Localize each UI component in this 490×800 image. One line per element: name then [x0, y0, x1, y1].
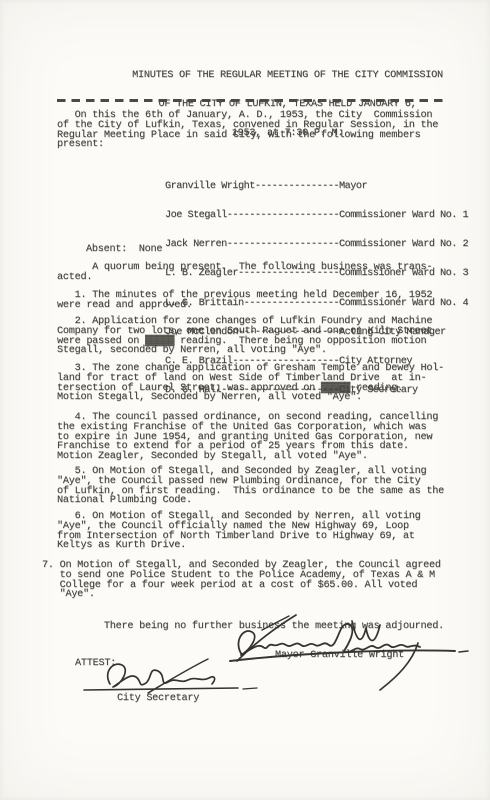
separator-rule: [57, 99, 448, 102]
mayor-signature-label: Mayor Granville Wright: [275, 651, 404, 661]
minute-item-4: 4. The council passed ordinance, on seco…: [57, 413, 438, 462]
attest-label: ATTEST:: [75, 659, 116, 669]
quorum-paragraph: A quorum being present. The following bu…: [57, 263, 432, 283]
attendee-line: Granville Wright---------------Mayor: [165, 182, 468, 192]
minute-item-3: 3. The zone change application of Gresha…: [57, 364, 444, 403]
minute-item-6: 6. On Motion of Stegall, and Seconded by…: [57, 512, 421, 551]
attendee-line: Joe Stegall--------------------Commissio…: [165, 211, 468, 221]
document-page: MINUTES OF THE REGULAR MEETING OF THE CI…: [0, 0, 490, 800]
attendee-line: Jack Nerren--------------------Commissio…: [165, 240, 468, 250]
document-title-line: MINUTES OF THE REGULAR MEETING OF THE CI…: [85, 71, 490, 81]
adjournment-line: There being no further business the meet…: [57, 622, 444, 632]
minute-item-1: 1. The minutes of the previous meeting h…: [57, 291, 432, 311]
minute-item-7: 7. On Motion of Stegall, and Seconded by…: [42, 561, 441, 600]
minute-item-5: 5. On Motion of Stegall, and Seconded by…: [57, 467, 444, 506]
intro-paragraph: On this the 6th of January, A. D., 1953,…: [57, 111, 438, 150]
minute-item-2: 2. Application for zone changes of Lufki…: [57, 317, 432, 356]
secretary-signature-label: City Secretary: [117, 694, 199, 704]
absent-line: Absent: None: [86, 245, 162, 255]
